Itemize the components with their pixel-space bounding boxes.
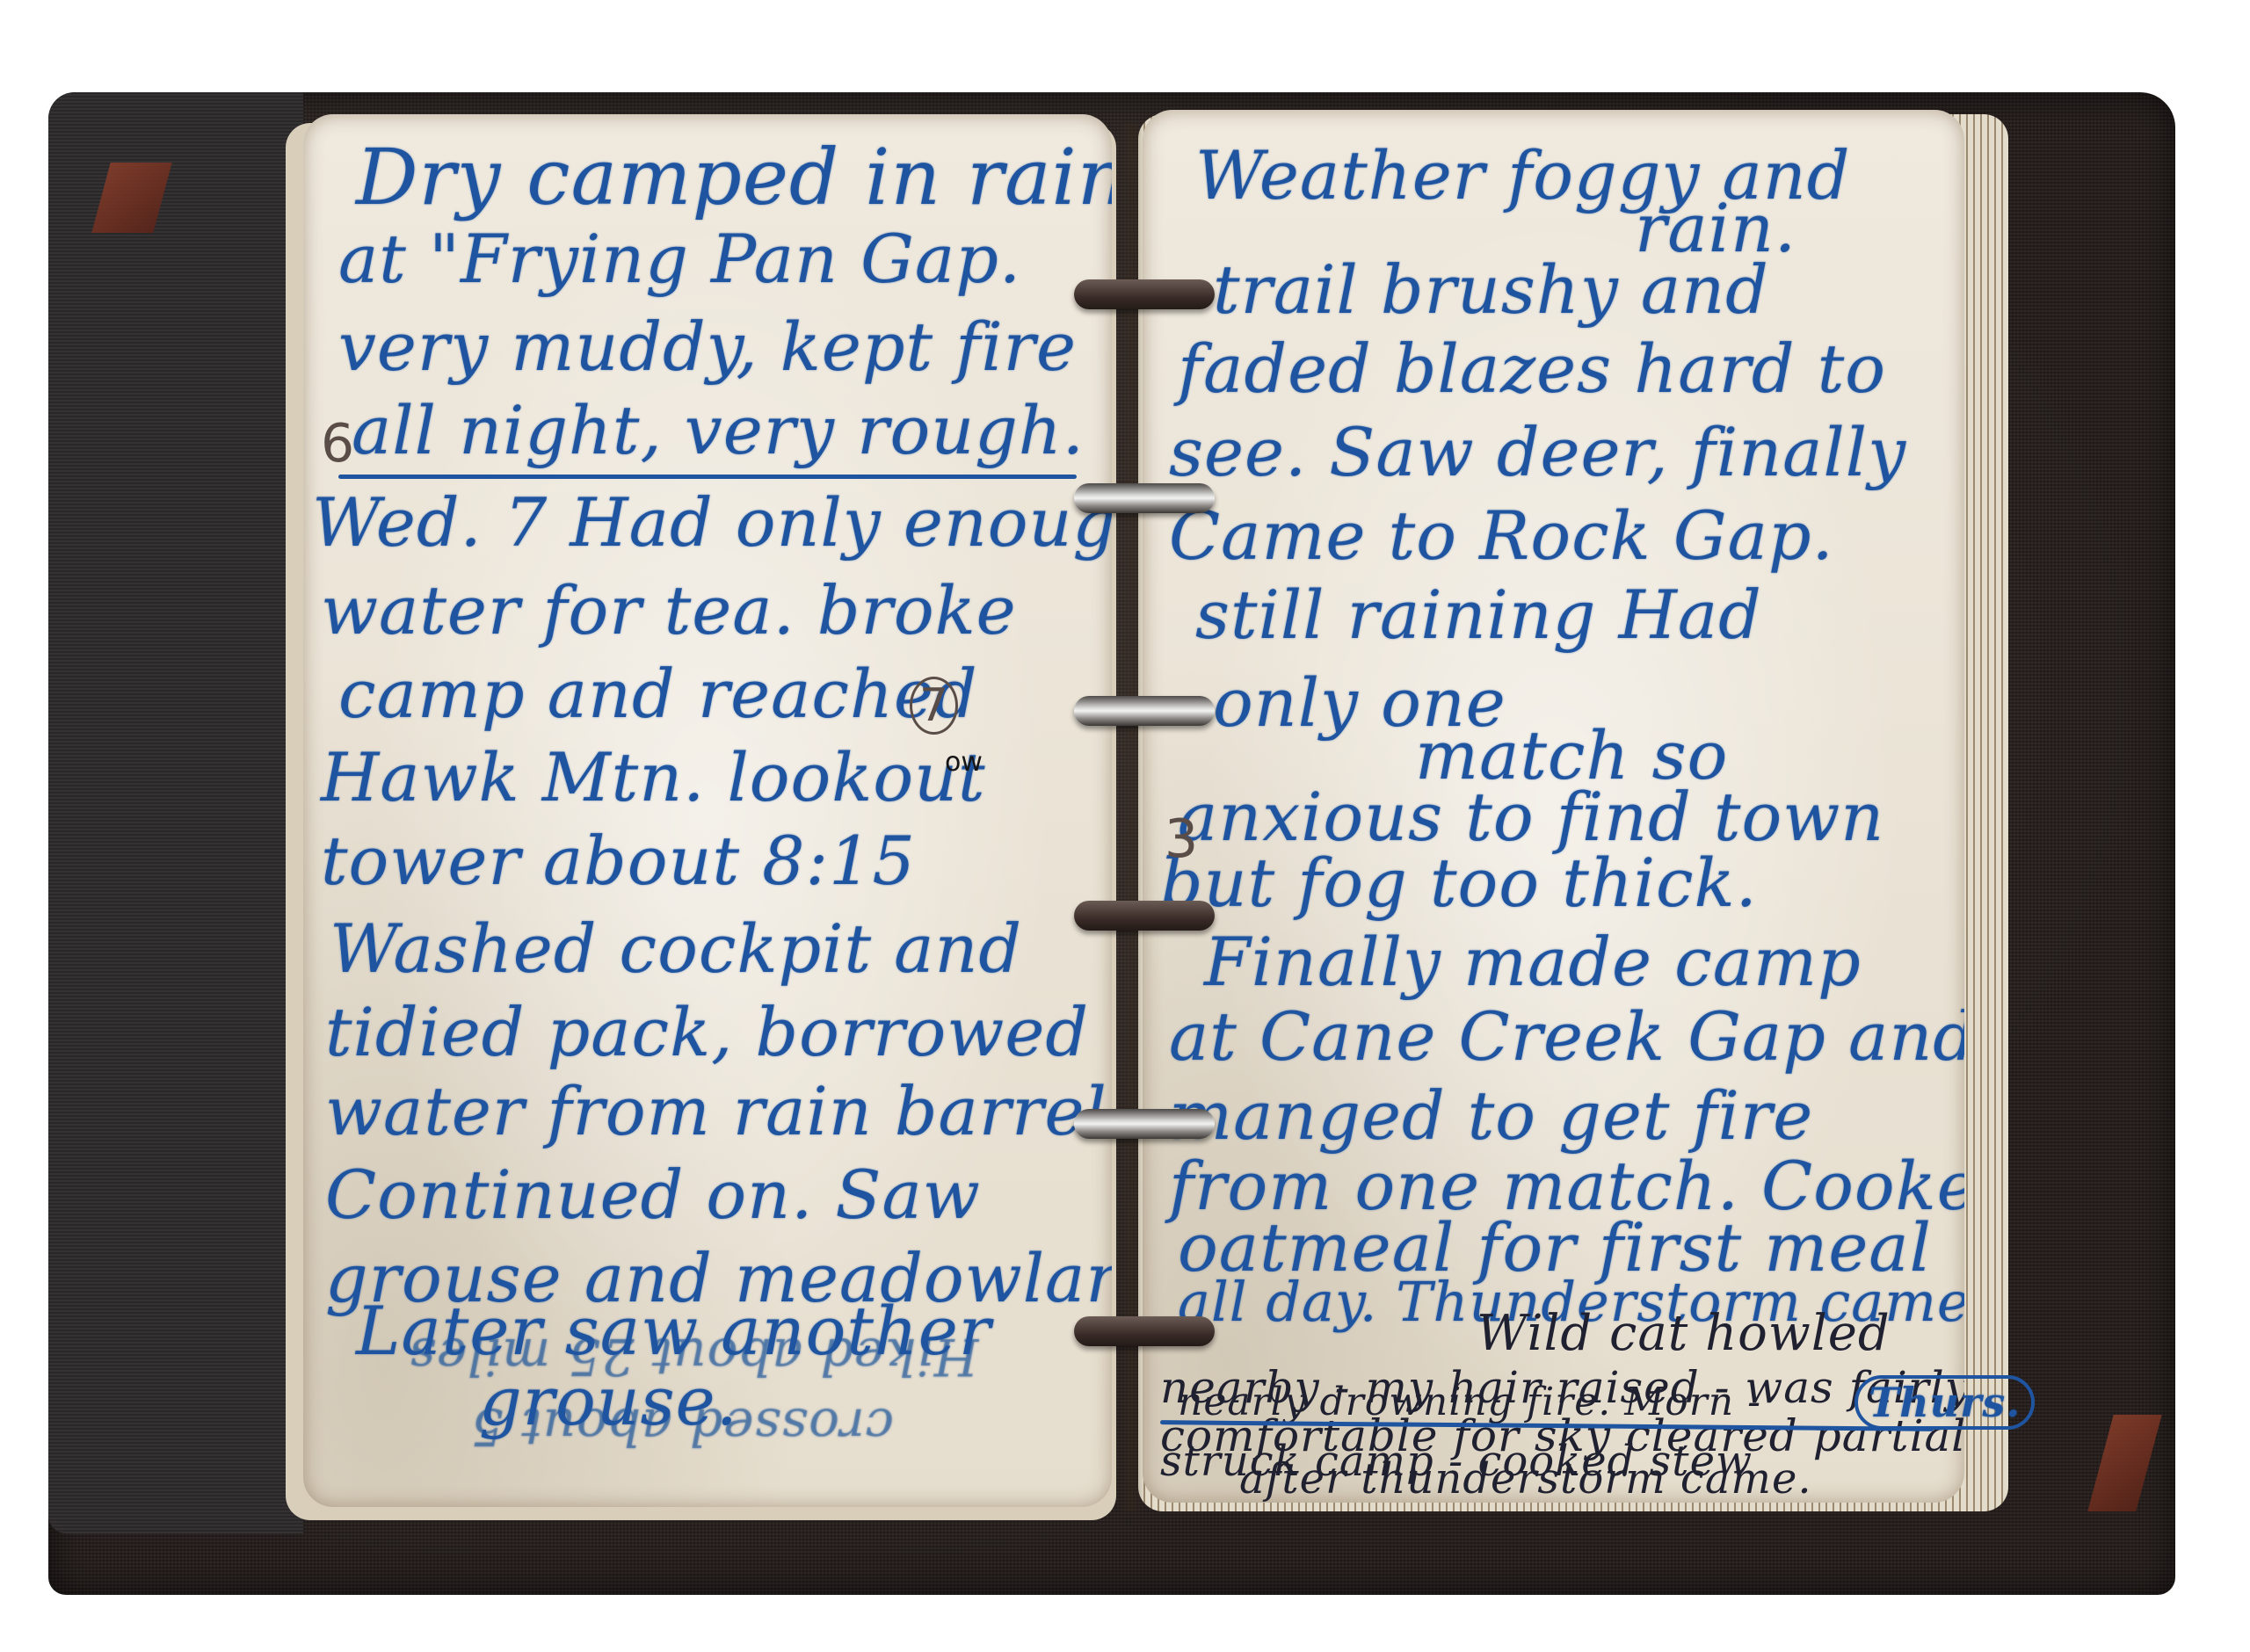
journal-line: faded blazes hard to (1178, 330, 1886, 408)
day-label-note: Thurs. (1854, 1375, 2035, 1430)
entry-divider (338, 475, 1077, 479)
spine-gutter (1118, 123, 1144, 1511)
binder-ring (1074, 1316, 1215, 1346)
journal-line: but fog too thick. (1160, 844, 1758, 922)
left-page: Hiked about 25 miles crossed about 5 Dry… (303, 114, 1112, 1507)
journal-line: tidied pack, borrowed (325, 993, 1089, 1071)
binder-ring (1074, 279, 1215, 309)
journal-line: trail brushy and (1213, 250, 1769, 329)
cover-inner-flap (48, 92, 303, 1533)
journal-line: at "Frying Pan Gap. (338, 220, 1021, 298)
journal-line: camp and reached (338, 655, 978, 733)
journal-line-black: nearly drowning fire. Morn - (1178, 1380, 1761, 1424)
journal-line: Came to Rock Gap. (1169, 496, 1834, 575)
journal-line: manged to get fire (1169, 1076, 1813, 1155)
journal-line: Hawk Mtn. lookout (321, 738, 986, 816)
journal-line: all night, very rough. (352, 391, 1085, 469)
binder-ring (1074, 1109, 1215, 1139)
journal-line: Wed. 7 Had only enough (312, 483, 1112, 562)
journal-line: Continued on. Saw (325, 1156, 981, 1234)
binder-ring (1074, 696, 1215, 726)
journal-line: Later saw another (356, 1292, 991, 1370)
day-number-mark: 7 (910, 677, 958, 735)
binder-ring (1074, 901, 1215, 931)
journal-line: Dry camped in rain (356, 132, 1112, 222)
journal-line: grouse. (479, 1362, 738, 1440)
journal-line-black: struck camp - cooked stew (1160, 1437, 1753, 1486)
journal-line: at Cane Creek Gap and (1169, 997, 1964, 1076)
journal-line: very muddy, kept fire (338, 308, 1077, 386)
journal-line: Washed cockpit and (330, 909, 1022, 988)
journal-line: still raining Had (1195, 576, 1762, 654)
journal-line-black: Wild cat howled (1477, 1305, 1891, 1362)
journal-line: see. Saw deer, finally (1169, 413, 1906, 491)
journal-line: tower about 8:15 (321, 822, 916, 900)
right-page: Weather foggy and rain. trail brushy and… (1143, 110, 1964, 1503)
journal-line: water for tea. broke (321, 571, 1017, 649)
day-number-mark: 6 (321, 413, 354, 475)
page-number-mark: 3 (1165, 808, 1198, 870)
binder-ring (1074, 483, 1215, 513)
margin-annotation: ow (945, 747, 983, 778)
journal-line: water from rain barrel. (325, 1072, 1112, 1150)
journal-line: Finally made camp (1204, 923, 1862, 1001)
